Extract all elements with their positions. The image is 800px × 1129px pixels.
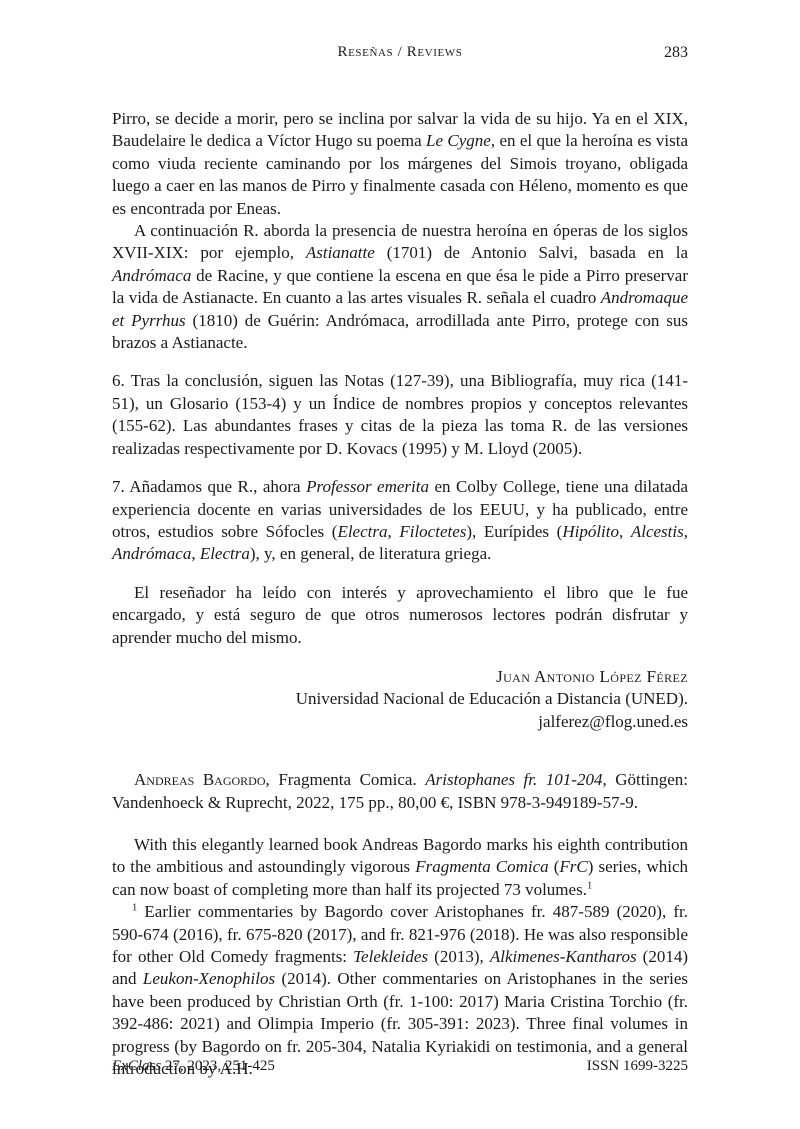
review-paragraph-continuation: Pirro, se decide a morir, pero se inclin…	[112, 108, 688, 220]
review-paragraph-closing: El reseñador ha leído con interés y apro…	[112, 582, 688, 649]
running-header: Reseñas / Reviews 283	[112, 44, 688, 62]
journal-page: Reseñas / Reviews 283 Pirro, se decide a…	[0, 0, 800, 1129]
page-body: Pirro, se decide a morir, pero se inclin…	[112, 108, 688, 1080]
reviewer-signature: Juan Antonio López Férez Universidad Nac…	[112, 666, 688, 733]
journal-citation: ExClass 27, 2023, 251-425	[112, 1058, 275, 1075]
footnote-1: 1 Earlier commentaries by Bagordo cover …	[112, 901, 688, 1080]
reviewer-name: Juan Antonio López Férez	[112, 666, 688, 688]
review-paragraph-section-7: 7. Añadamos que R., ahora Professor emer…	[112, 476, 688, 566]
issn: ISSN 1699-3225	[587, 1058, 688, 1075]
page-footer: ExClass 27, 2023, 251-425 ISSN 1699-3225	[112, 1058, 688, 1075]
review-paragraph-operas: A continuación R. aborda la presencia de…	[112, 220, 688, 354]
review-paragraph-opening: With this elegantly learned book Andreas…	[112, 834, 688, 901]
running-header-title: Reseñas / Reviews	[112, 44, 688, 61]
review-heading-bagordo: Andreas Bagordo, Fragmenta Comica. Arist…	[112, 769, 688, 814]
review-paragraph-section-6: 6. Tras la conclusión, siguen las Notas …	[112, 370, 688, 460]
reviewer-email: jalferez@flog.uned.es	[112, 711, 688, 733]
reviewer-affiliation: Universidad Nacional de Educación a Dist…	[112, 688, 688, 710]
page-number: 283	[664, 44, 688, 62]
